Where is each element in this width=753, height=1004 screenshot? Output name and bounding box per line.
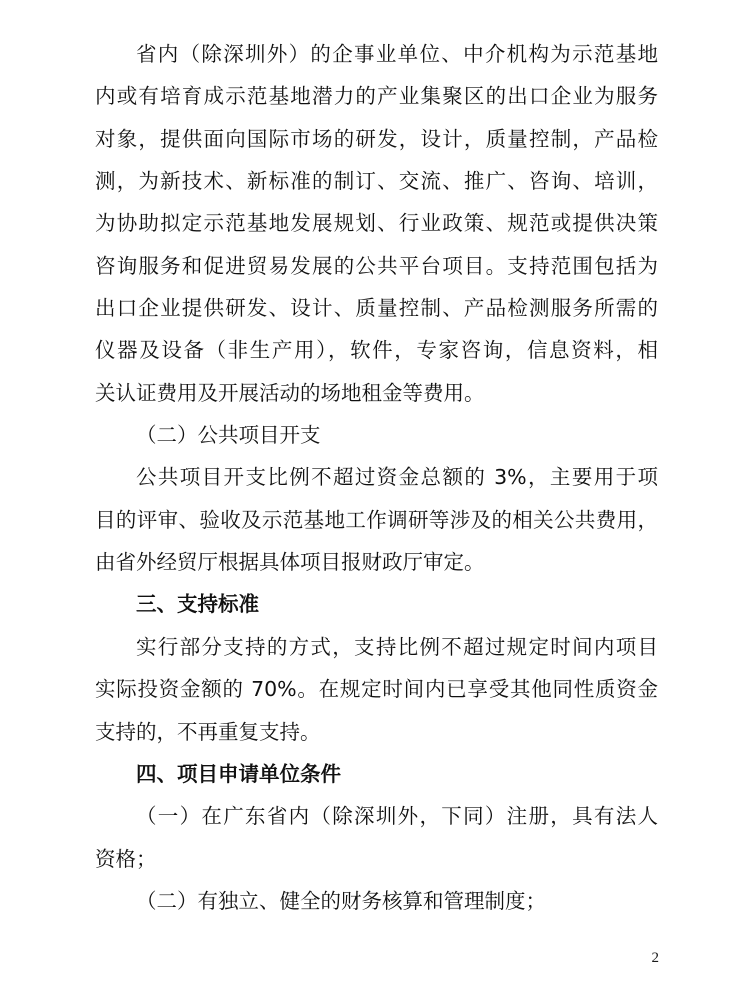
section-heading: 四、项目申请单位条件 <box>95 753 658 795</box>
text-line: 实行部分支持的方式，支持比例不超过规定时间内项目 <box>95 626 658 668</box>
text-line: （一）在广东省内（除深圳外，下同）注册，具有法人 <box>95 795 658 837</box>
text-line: 仪器及设备（非生产用），软件，专家咨询，信息资料，相 <box>95 329 658 371</box>
page-number: 2 <box>652 950 660 967</box>
section-heading: 三、支持标准 <box>95 583 658 625</box>
text-line: 关认证费用及开展活动的场地租金等费用。 <box>95 372 658 414</box>
text-line: 实际投资金额的 70%。在规定时间内已享受其他同性质资金 <box>95 668 658 710</box>
text-line: 支持的，不再重复支持。 <box>95 711 658 753</box>
text-line: 内或有培育成示范基地潜力的产业集聚区的出口企业为服务 <box>95 75 658 117</box>
text-line: 目的评审、验收及示范基地工作调研等涉及的相关公共费用， <box>95 499 658 541</box>
text-line: 资格； <box>95 838 658 880</box>
document-body: 省内（除深圳外）的企事业单位、中介机构为示范基地内或有培育成示范基地潜力的产业集… <box>95 33 658 922</box>
text-line: 测，为新技术、新标准的制订、交流、推广、咨询、培训， <box>95 160 658 202</box>
text-line: 省内（除深圳外）的企事业单位、中介机构为示范基地 <box>95 33 658 75</box>
text-line: 公共项目开支比例不超过资金总额的 3%，主要用于项 <box>95 456 658 498</box>
text-line: 出口企业提供研发、设计、质量控制、产品检测服务所需的 <box>95 287 658 329</box>
text-line: （二）公共项目开支 <box>95 414 658 456</box>
document-page: 省内（除深圳外）的企事业单位、中介机构为示范基地内或有培育成示范基地潜力的产业集… <box>0 0 753 1004</box>
text-line: 对象，提供面向国际市场的研发，设计，质量控制，产品检 <box>95 118 658 160</box>
text-line: 为协助拟定示范基地发展规划、行业政策、规范或提供决策 <box>95 202 658 244</box>
text-line: （二）有独立、健全的财务核算和管理制度； <box>95 880 658 922</box>
text-line: 咨询服务和促进贸易发展的公共平台项目。支持范围包括为 <box>95 245 658 287</box>
text-line: 由省外经贸厅根据具体项目报财政厅审定。 <box>95 541 658 583</box>
